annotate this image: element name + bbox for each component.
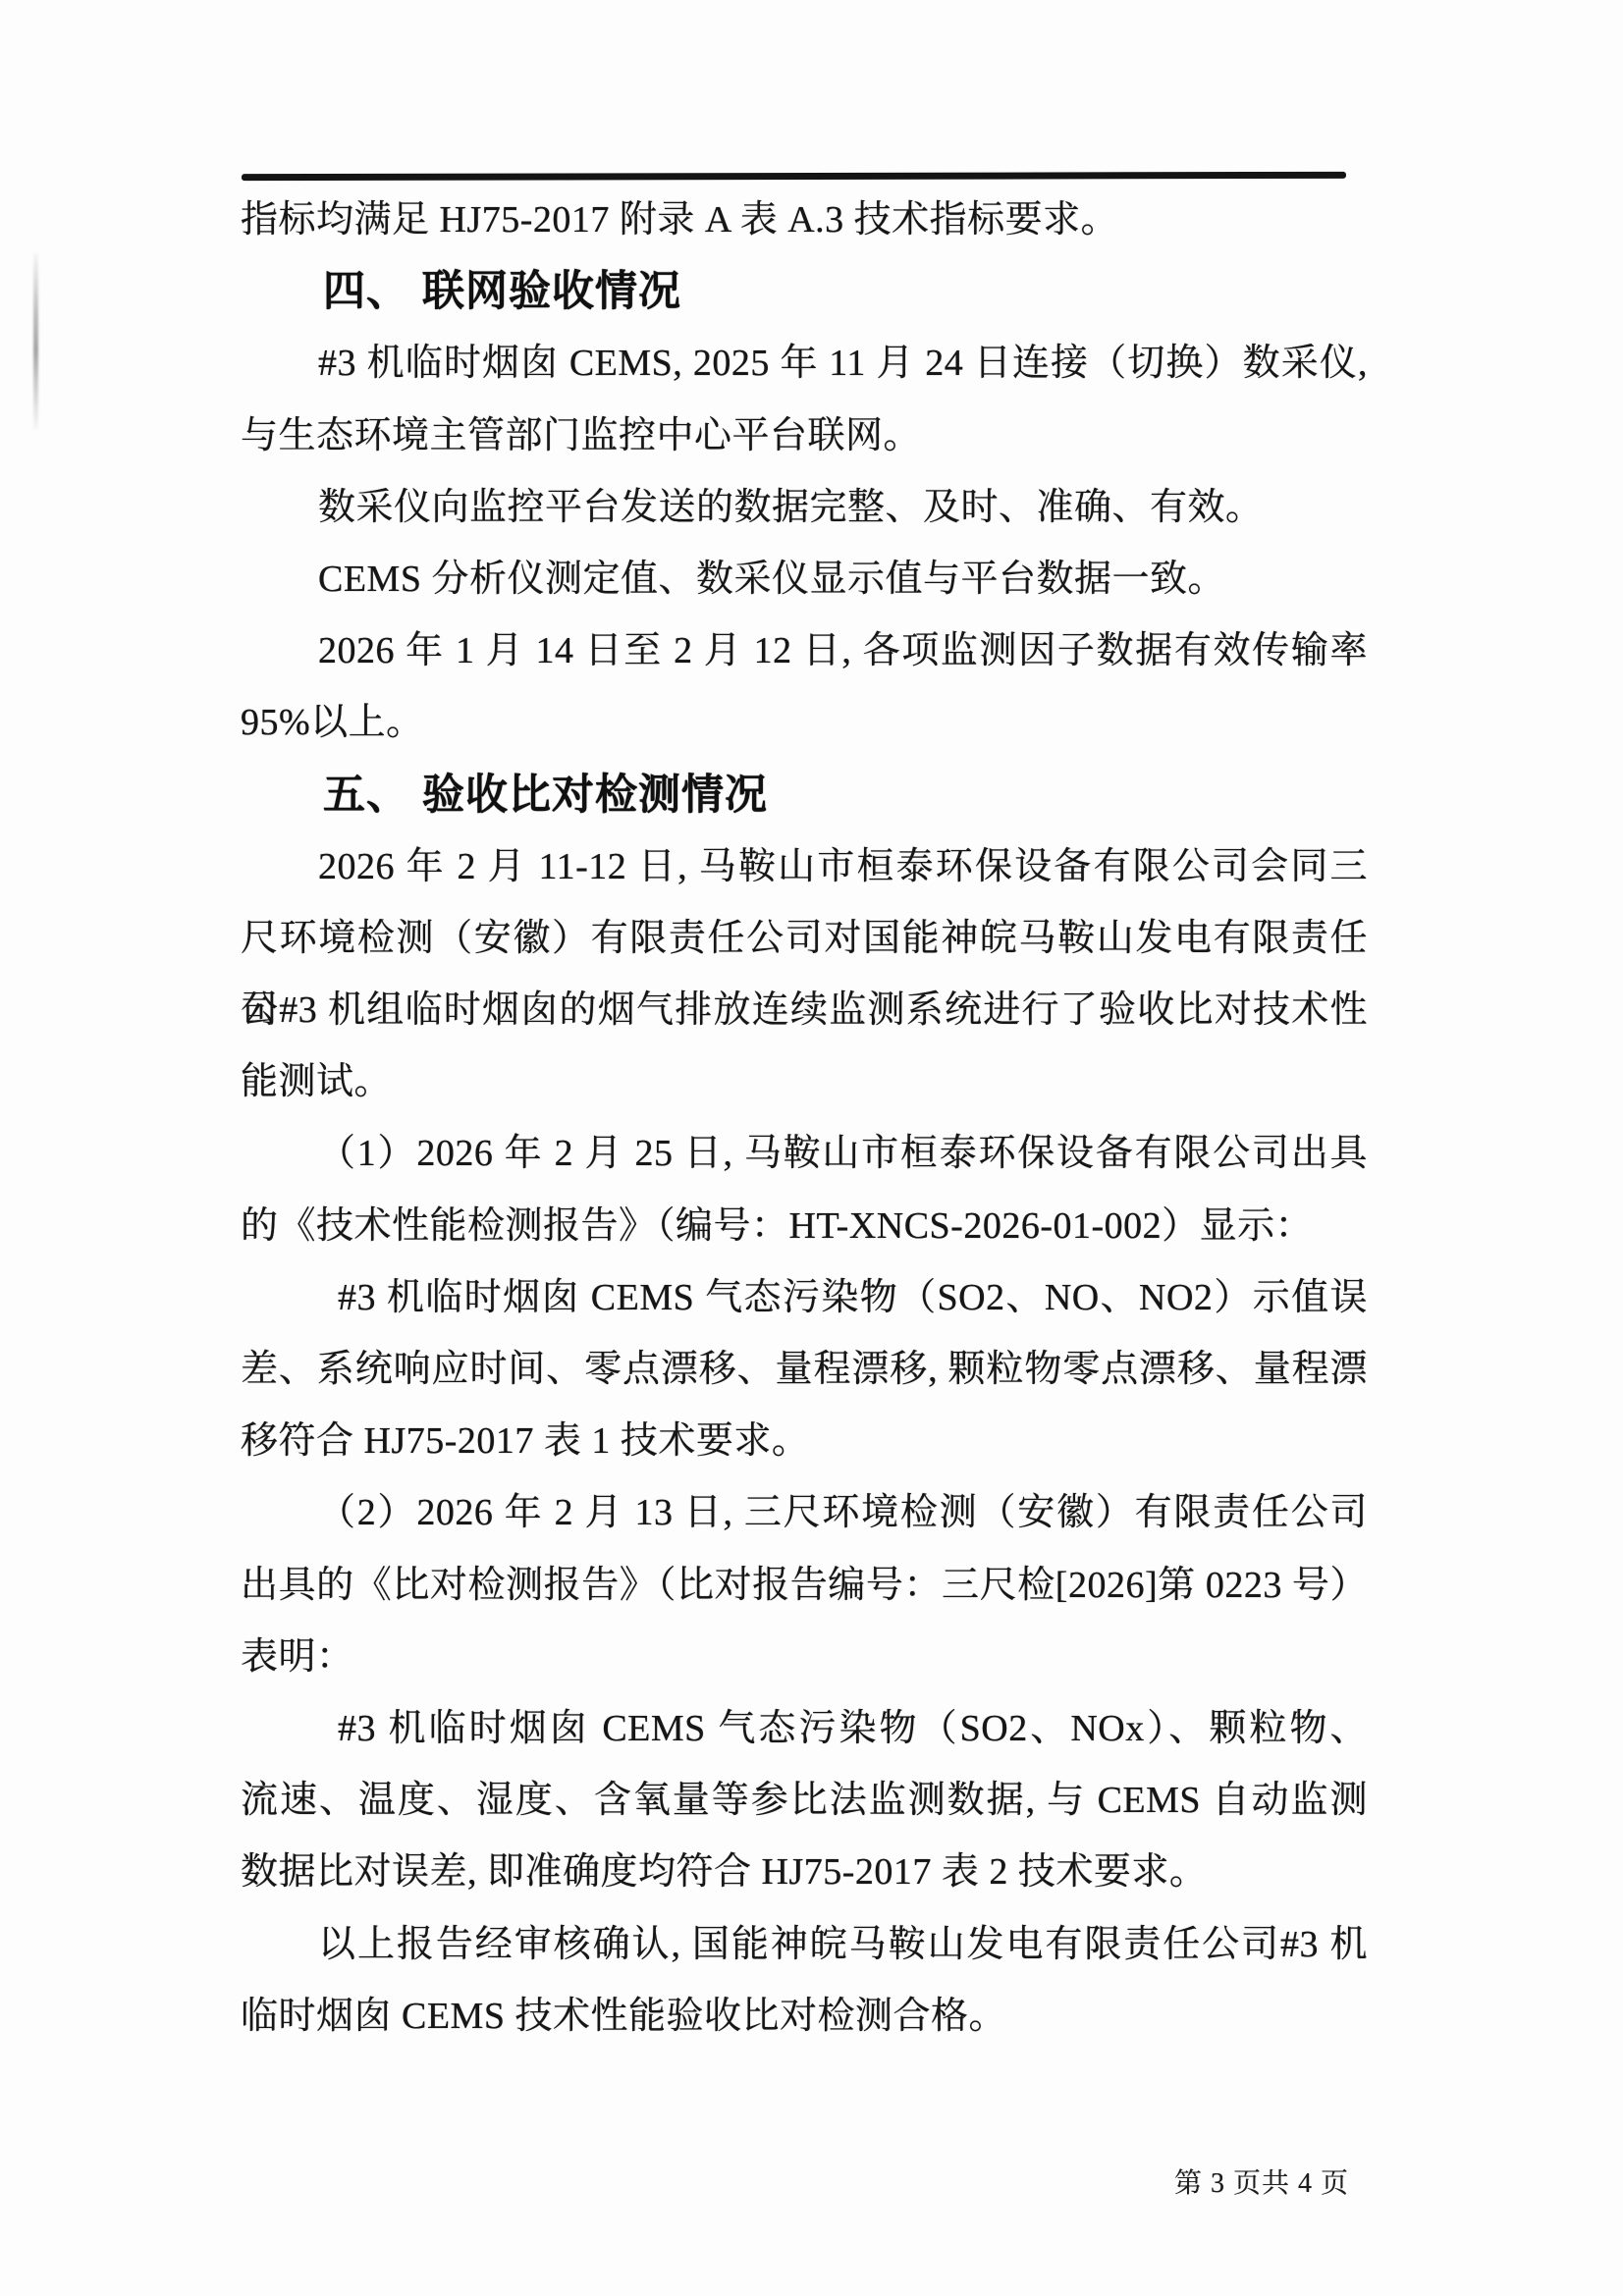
text-line: 能测试。 [241,1046,1368,1118]
text-line: 指标均满足 HJ75-2017 附录 A 表 A.3 技术指标要求。 [241,185,1368,256]
text-line: （2）2026 年 2 月 13 日, 三尺环境检测（安徽）有限责任公司 [241,1477,1368,1549]
scan-artifact [33,253,38,430]
section-heading: 四、 联网验收情况 [241,256,1368,328]
text-line: 以上报告经审核确认, 国能神皖马鞍山发电有限责任公司#3 机 [241,1909,1368,1981]
text-line: #3 机临时烟囱 CEMS 气态污染物（SO2、NO、NO2）示值误 [241,1262,1368,1334]
text-line: 2026 年 1 月 14 日至 2 月 12 日, 各项监测因子数据有效传输率 [241,615,1368,687]
text-line: 与生态环境主管部门监控中心平台联网。 [241,400,1368,472]
text-line: 司#3 机组临时烟囱的烟气排放连续监测系统进行了验收比对技术性 [241,975,1368,1046]
text-line: 流速、温度、湿度、含氧量等参比法监测数据, 与 CEMS 自动监测 [241,1765,1368,1837]
text-line: 数据比对误差, 即准确度均符合 HJ75-2017 表 2 技术要求。 [241,1837,1368,1908]
text-line: 移符合 HJ75-2017 表 1 技术要求。 [241,1406,1368,1477]
text-line: （1）2026 年 2 月 25 日, 马鞍山市桓泰环保设备有限公司出具 [241,1118,1368,1190]
text-line: #3 机临时烟囱 CEMS, 2025 年 11 月 24 日连接（切换）数采仪… [241,328,1368,400]
text-line: 数采仪向监控平台发送的数据完整、及时、准确、有效。 [241,472,1368,544]
text-line: #3 机临时烟囱 CEMS 气态污染物（SO2、NOx）、颗粒物、 [241,1693,1368,1765]
text-line: 2026 年 2 月 11-12 日, 马鞍山市桓泰环保设备有限公司会同三 [241,831,1368,903]
text-line: 出具的《比对检测报告》（比对报告编号：三尺检[2026]第 0223 号） [241,1550,1368,1622]
text-line: CEMS 分析仪测定值、数采仪显示值与平台数据一致。 [241,544,1368,615]
text-line: 95%以上。 [241,687,1368,759]
text-line: 的《技术性能检测报告》（编号：HT-XNCS-2026-01-002）显示： [241,1191,1368,1262]
header-rule [242,172,1346,181]
text-line: 差、系统响应时间、零点漂移、量程漂移, 颗粒物零点漂移、量程漂 [241,1334,1368,1406]
text-line: 尺环境检测（安徽）有限责任公司对国能神皖马鞍山发电有限责任公 [241,903,1368,975]
section-heading: 五、 验收比对检测情况 [241,760,1368,831]
text-line: 临时烟囱 CEMS 技术性能验收比对检测合格。 [241,1981,1368,2053]
page-number: 第 3 页共 4 页 [1174,2165,1371,2203]
text-line: 表明： [241,1622,1368,1693]
document-body: 指标均满足 HJ75-2017 附录 A 表 A.3 技术指标要求。四、 联网验… [241,185,1368,2053]
document-page: 指标均满足 HJ75-2017 附录 A 表 A.3 技术指标要求。四、 联网验… [0,0,1623,2296]
